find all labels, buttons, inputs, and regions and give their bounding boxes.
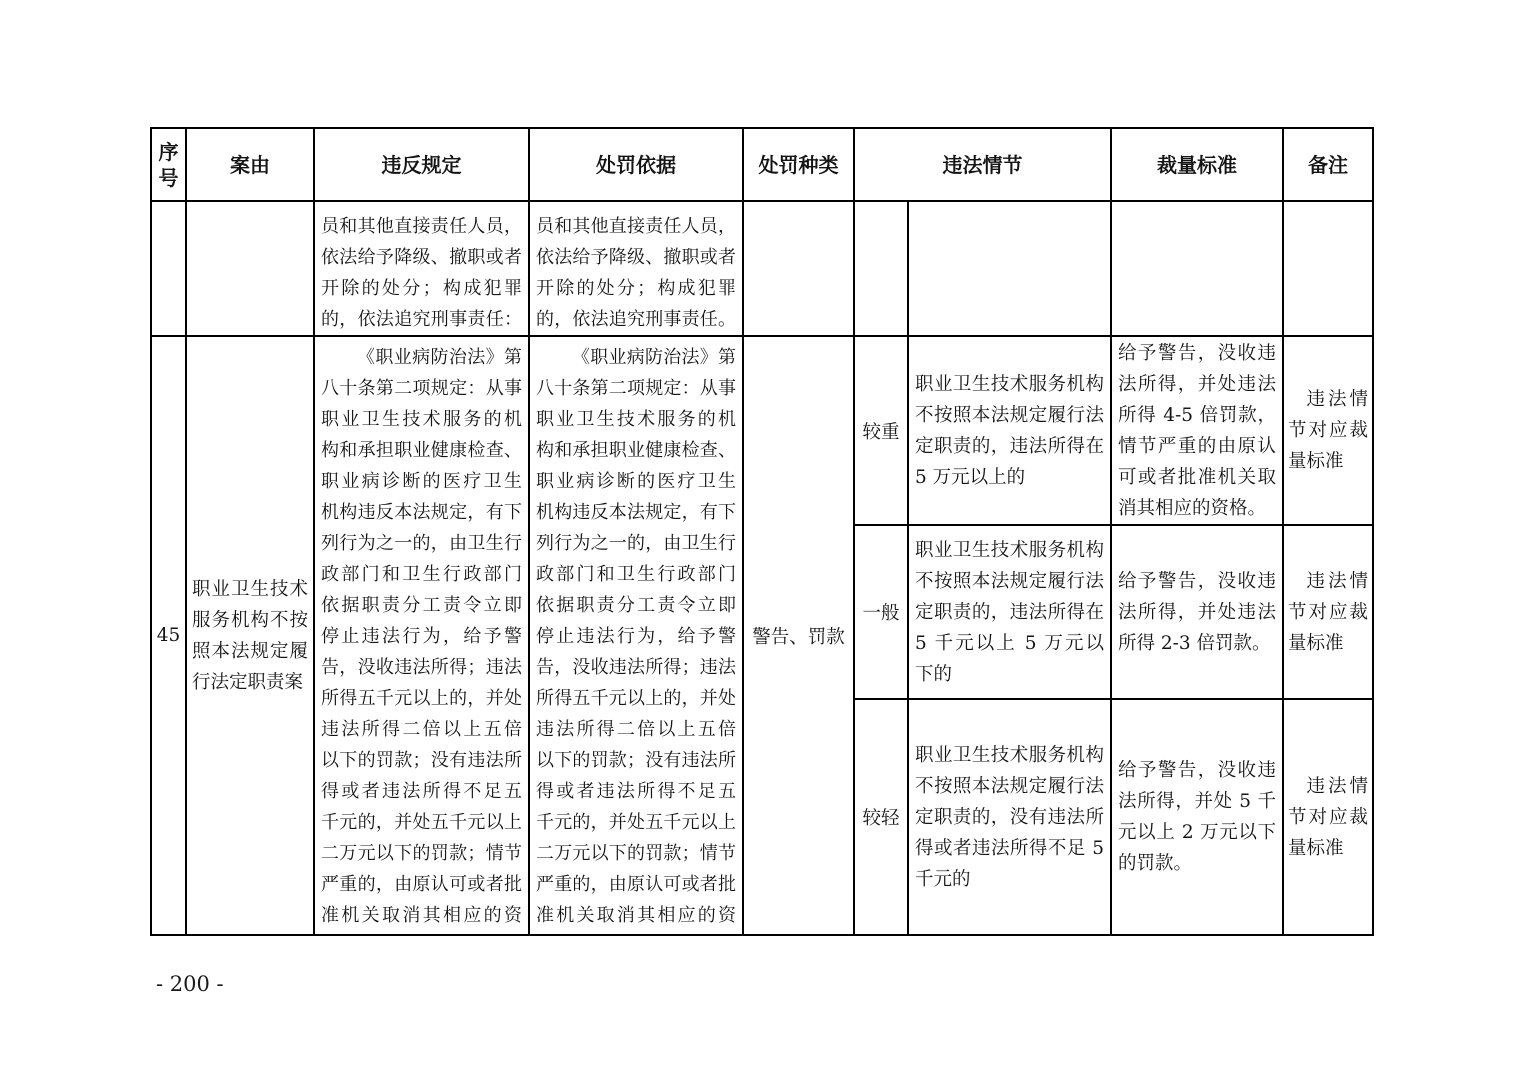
header-violation: 违反规定 <box>314 128 529 201</box>
cont-standard-empty <box>1111 201 1283 336</box>
cell-standard-general: 给予警告，没收违法所得，并处违法所得 2-3 倍罚款。 <box>1111 525 1283 699</box>
cell-violation: 《职业病防治法》第 八十条第二项规定：从事 职业卫生技术服务的机 构和承担职业健… <box>314 336 529 935</box>
cell-remark-general: 违法情节对应裁量标准 <box>1283 525 1373 699</box>
header-cause: 案由 <box>186 128 314 201</box>
header-seq: 序号 <box>151 128 186 201</box>
header-penalty-type: 处罚种类 <box>743 128 854 201</box>
cont-remark-empty <box>1283 201 1373 336</box>
cell-standard-severe: 给予警告，没收违法所得，并处违法所得 4-5 倍罚款，情节严重的由原认可或者批准… <box>1111 336 1283 525</box>
cell-cause: 职业卫生技术服务机构不按照本法规定履行法定职责案 <box>186 336 314 935</box>
cell-standard-minor: 给予警告，没收违法所得，并处 5 千元以上 2 万元以下的罚款。 <box>1111 699 1283 935</box>
cell-penalty-basis: 《职业病防治法》第 八十条第二项规定：从事 职业卫生技术服务的机 构和承担职业健… <box>529 336 743 935</box>
cont-seq-empty <box>151 201 186 336</box>
cell-severity-severe: 较重 <box>854 336 908 525</box>
document-page: 序号 案由 违反规定 处罚依据 处罚种类 违法情节 裁量标准 备注 员和其他直接… <box>0 0 1520 1074</box>
cont-severity-empty <box>854 201 908 336</box>
page-number: - 200 - <box>156 972 224 996</box>
cont-circumstance-empty <box>908 201 1111 336</box>
table-header-row: 序号 案由 违反规定 处罚依据 处罚种类 违法情节 裁量标准 备注 <box>151 128 1373 201</box>
header-standard: 裁量标准 <box>1111 128 1283 201</box>
cont-cause-empty <box>186 201 314 336</box>
cell-penalty-type: 警告、罚款 <box>743 336 854 935</box>
cont-penalty-basis-text: 员和其他直接责任人员， 依法给予降级、撤职或者 开除的处分；构成犯罪 的，依法追… <box>529 201 743 336</box>
header-circumstances: 违法情节 <box>854 128 1111 201</box>
cell-circumstance-minor: 职业卫生技术服务机构不按照本法规定履行法定职责的，没有违法所得或者违法所得不足 … <box>908 699 1111 935</box>
cell-circumstance-severe: 职业卫生技术服务机构不按照本法规定履行法定职责的，违法所得在 5 万元以上的 <box>908 336 1111 525</box>
penalty-discretion-table: 序号 案由 违反规定 处罚依据 处罚种类 违法情节 裁量标准 备注 员和其他直接… <box>150 127 1374 936</box>
continuation-row: 员和其他直接责任人员， 依法给予降级、撤职或者 开除的处分；构成犯罪 的，依法追… <box>151 201 1373 336</box>
cont-violation-text: 员和其他直接责任人员， 依法给予降级、撤职或者 开除的处分；构成犯罪 的，依法追… <box>314 201 529 336</box>
cell-remark-minor: 违法情节对应裁量标准 <box>1283 699 1373 935</box>
cell-remark-severe: 违法情节对应裁量标准 <box>1283 336 1373 525</box>
case45-subrow-severe: 45 职业卫生技术服务机构不按照本法规定履行法定职责案 《职业病防治法》第 八十… <box>151 336 1373 525</box>
cell-severity-minor: 较轻 <box>854 699 908 935</box>
header-remarks: 备注 <box>1283 128 1373 201</box>
cell-seq-45: 45 <box>151 336 186 935</box>
header-penalty-basis: 处罚依据 <box>529 128 743 201</box>
cont-penalty-type-empty <box>743 201 854 336</box>
cell-severity-general: 一般 <box>854 525 908 699</box>
cell-circumstance-general: 职业卫生技术服务机构不按照本法规定履行法定职责的，违法所得在 5 千元以上 5 … <box>908 525 1111 699</box>
